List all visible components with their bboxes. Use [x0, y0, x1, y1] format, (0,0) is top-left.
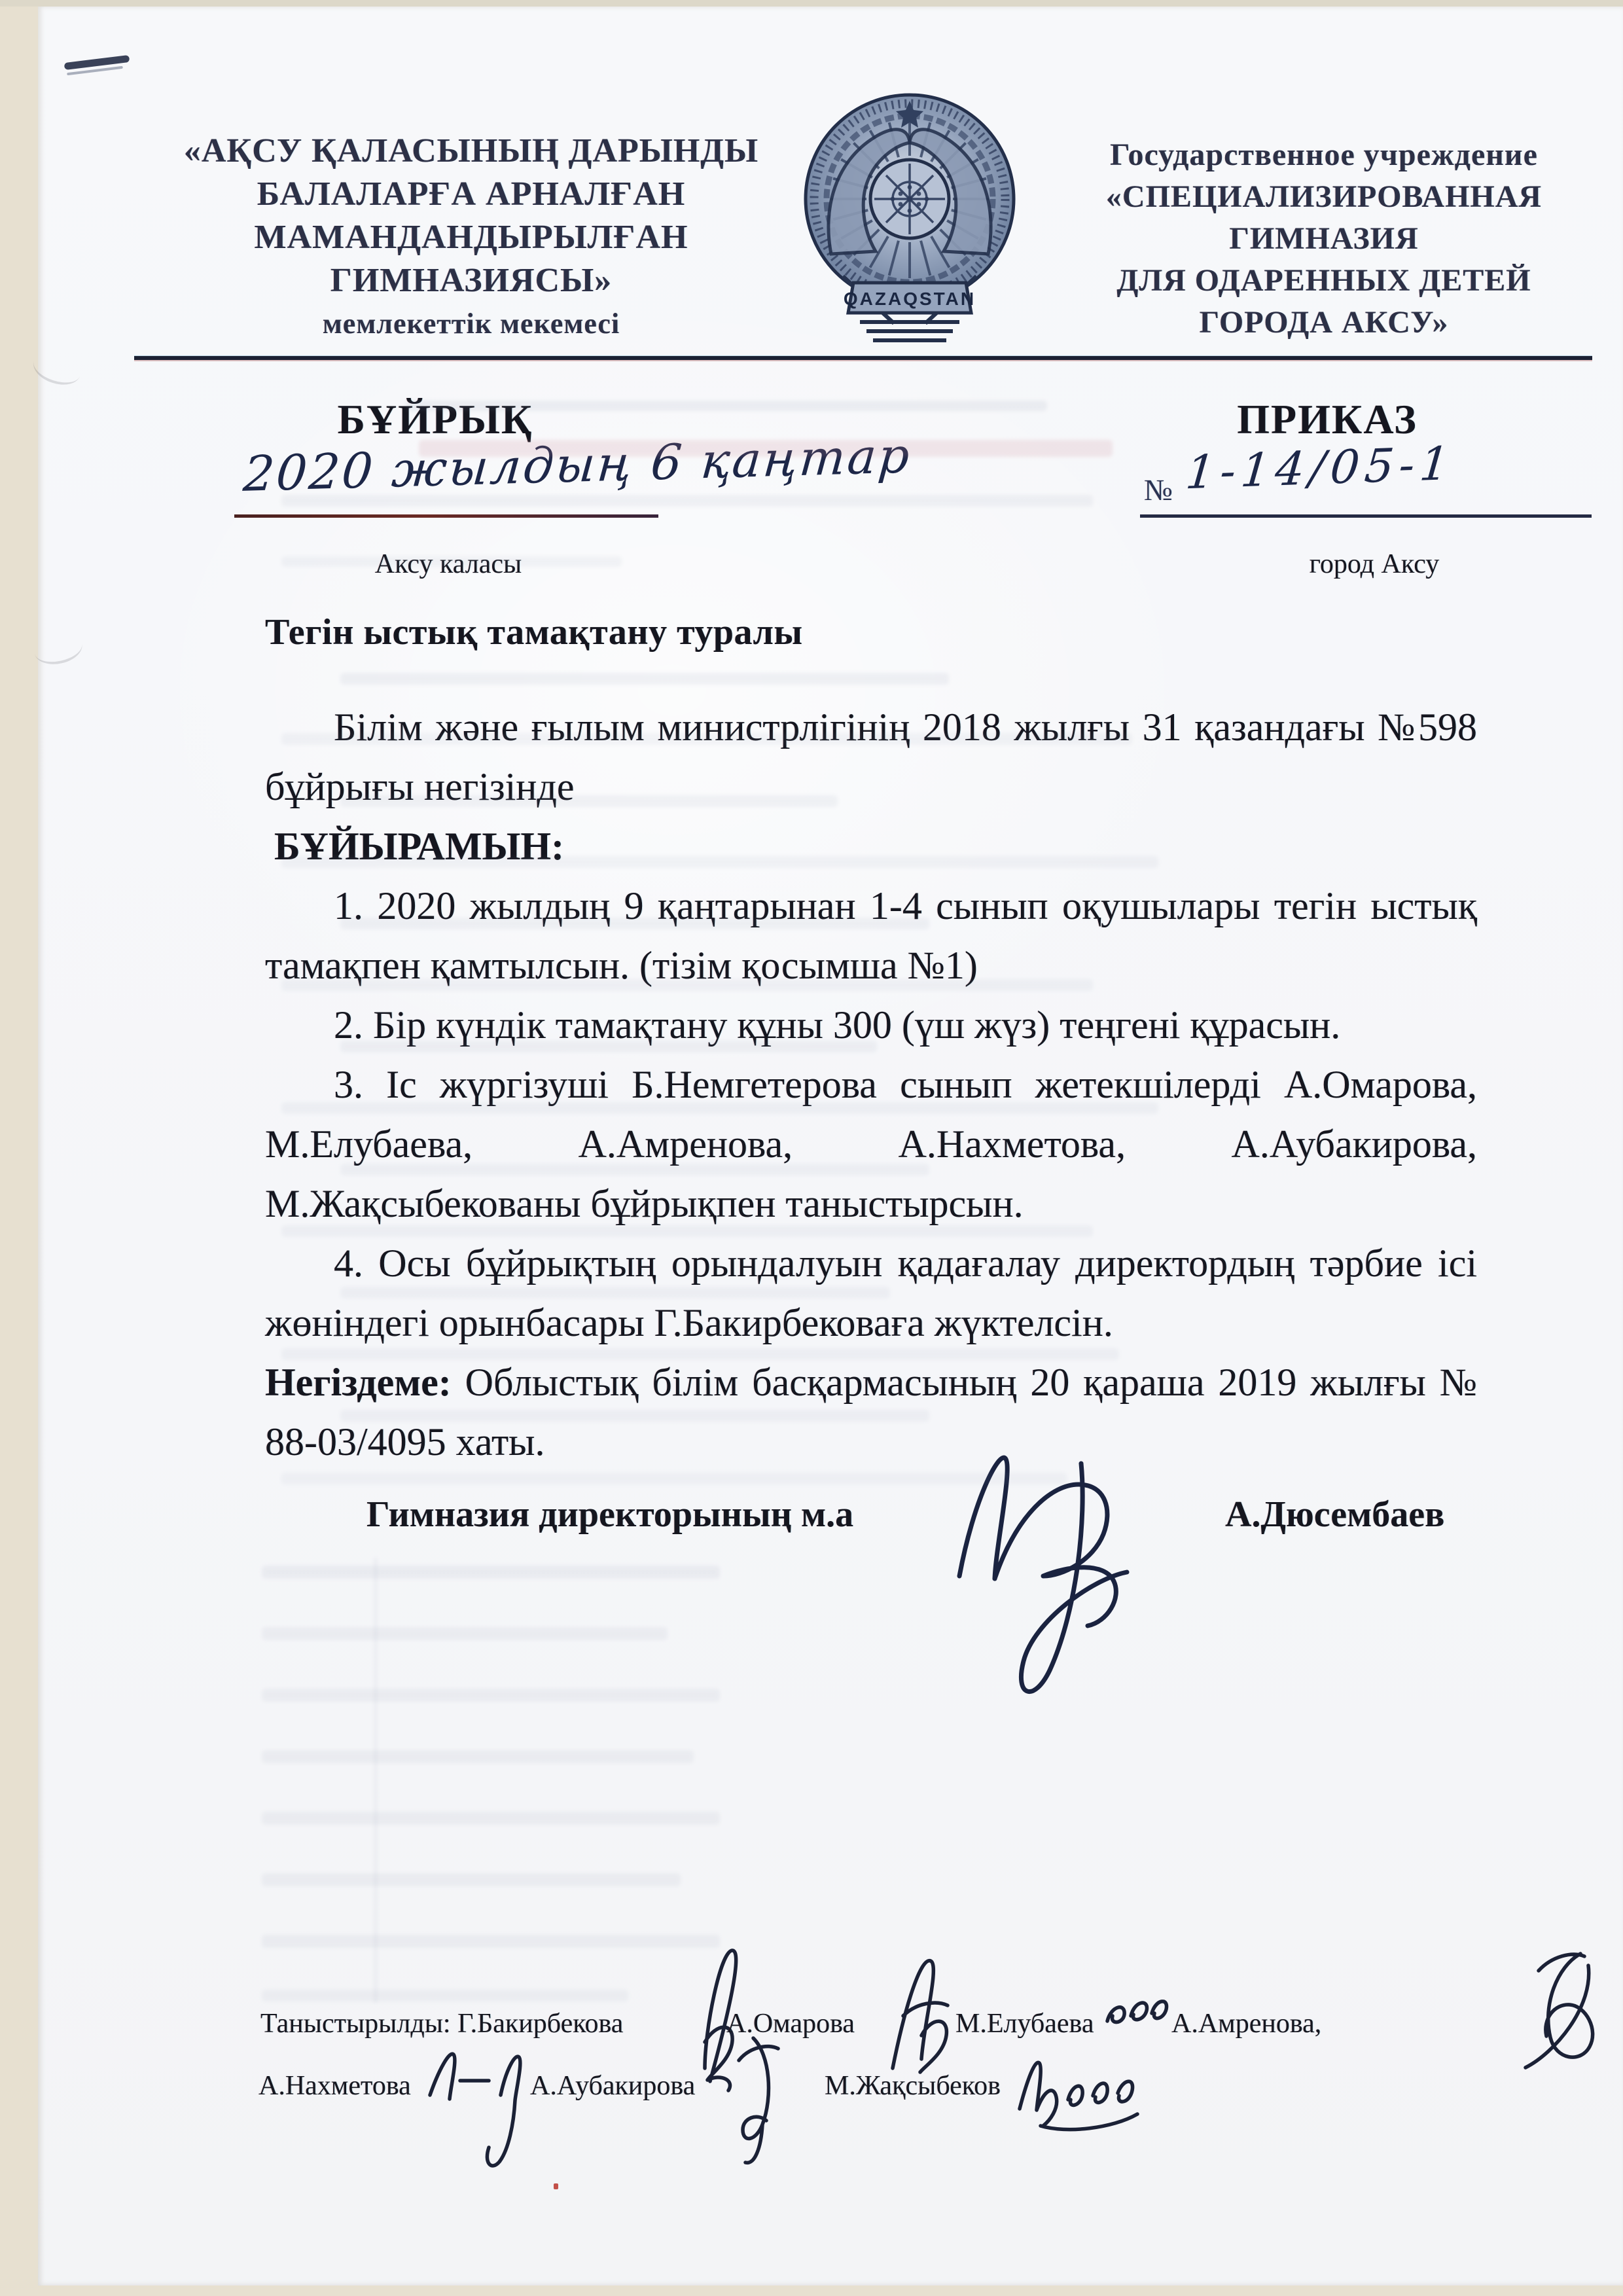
basis-text: Облыстық білім басқармасының 20 қараша 2…	[452, 1361, 1477, 1404]
emblem-banner-text: QAZAQSTAN	[844, 289, 976, 309]
signer-name: А.Дюсембаев	[1225, 1494, 1444, 1535]
ack-name: А.Аубакирова	[530, 2070, 695, 2102]
signature-amrenova	[1502, 1928, 1610, 2085]
org-name-kk-line: «АҚСУ ҚАЛАСЫНЫҢ ДАРЫНДЫ	[157, 130, 785, 173]
org-name-ru-line: ГИМНАЗИЯ	[1046, 218, 1602, 260]
body-item-3-end: М.Жақсыбекованы бұйрықпен таныстырсын.	[265, 1174, 1477, 1234]
place-kazakh: Аксу каласы	[294, 548, 602, 580]
body-item-4-cont: жөніндегі орынбасары Г.Бакирбековаға жүк…	[265, 1293, 1477, 1353]
emblem-base-lines	[860, 322, 959, 340]
order-body: Білім және ғылым министрлігінің 2018 жыл…	[265, 698, 1477, 1472]
signature-zhaksybekov	[1001, 2011, 1145, 2142]
signature-omarova	[864, 1937, 962, 2088]
body-item-3-cont: М.Елубаева, А.Амренова, А.Нахметова, А.А…	[265, 1115, 1477, 1174]
org-name-kk-line: БАЛАЛАРҒА АРНАЛҒАН	[157, 173, 785, 216]
number-sign: №	[1144, 473, 1173, 507]
signer-position: Гимназия директорының м.а	[366, 1494, 853, 1535]
signature-aubakirova	[710, 2015, 795, 2172]
order-subject: Тегін ыстық тамақтану туралы	[265, 611, 803, 653]
org-name-russian: Государственное учреждение «СПЕЦИАЛИЗИРО…	[1046, 134, 1602, 344]
org-name-ru-line: Государственное учреждение	[1046, 134, 1602, 176]
letterhead-divider	[134, 356, 1592, 360]
org-name-kazakh: «АҚСУ ҚАЛАСЫНЫҢ ДАРЫНДЫ БАЛАЛАРҒА АРНАЛҒ…	[157, 130, 785, 343]
body-item-1: 1. 2020 жылдың 9 қаңтарынан 1-4 сынып оқ…	[265, 876, 1477, 936]
body-basis-reference-cont: 88-03/4095 хаты.	[265, 1412, 1477, 1472]
number-blank-line	[1140, 514, 1592, 518]
ink-speck	[554, 2183, 558, 2189]
handwritten-order-number: 1-14/05-1	[1184, 437, 1457, 500]
order-title-kazakh: БҰЙРЫҚ	[281, 395, 589, 444]
date-blank-line	[234, 514, 658, 518]
ack-name: М.Жақсыбеков	[825, 2070, 1001, 2102]
body-item-3: 3. Іс жүргізуші Б.Немгетерова сынып жете…	[265, 1055, 1477, 1115]
body-basis-reference: Негіздеме: Облыстық білім басқармасының …	[265, 1353, 1477, 1412]
body-line: бұйрығы негізінде	[265, 757, 1477, 817]
signature-nakhmetova	[416, 2032, 546, 2170]
org-type-kk: мемлекеттік мекемесі	[157, 305, 785, 343]
org-name-ru-line: «СПЕЦИАЛИЗИРОВАННАЯ	[1046, 176, 1602, 218]
org-name-kk-line: ГИМНАЗИЯСЫ»	[157, 259, 785, 302]
body-item-4: 4. Осы бұйрықтың орындалуын қадағалау ди…	[265, 1234, 1477, 1293]
body-item-2: 2. Бір күндік тамақтану құны 300 (үш жүз…	[265, 996, 1477, 1055]
ack-name: А.Амренова,	[1171, 2008, 1321, 2039]
body-order-word: БҰЙЫРАМЫН:	[265, 817, 1477, 876]
kazakhstan-emblem: QAZAQSTAN	[797, 82, 1023, 346]
org-name-ru-line: ГОРОДА АКСУ»	[1046, 302, 1602, 344]
ack-name: А.Нахметова	[259, 2070, 411, 2102]
scanned-order-document: { "letterhead": { "kk_lines": [ "«АҚСУ Қ…	[0, 0, 1623, 2296]
body-line: Білім және ғылым министрлігінің 2018 жыл…	[265, 698, 1477, 757]
body-item-1-cont: тамақпен қамтылсын. (тізім қосымша №1)	[265, 936, 1477, 996]
place-russian: город Аксу	[1243, 548, 1505, 580]
director-signature	[897, 1401, 1185, 1702]
order-title-russian: ПРИКАЗ	[1177, 395, 1478, 444]
basis-label: Негіздеме:	[265, 1361, 452, 1404]
org-name-kk-line: МАМАНДАНДЫРЫЛҒАН	[157, 216, 785, 259]
org-name-ru-line: ДЛЯ ОДАРЕННЫХ ДЕТЕЙ	[1046, 260, 1602, 302]
scanner-edge	[0, 0, 1623, 7]
